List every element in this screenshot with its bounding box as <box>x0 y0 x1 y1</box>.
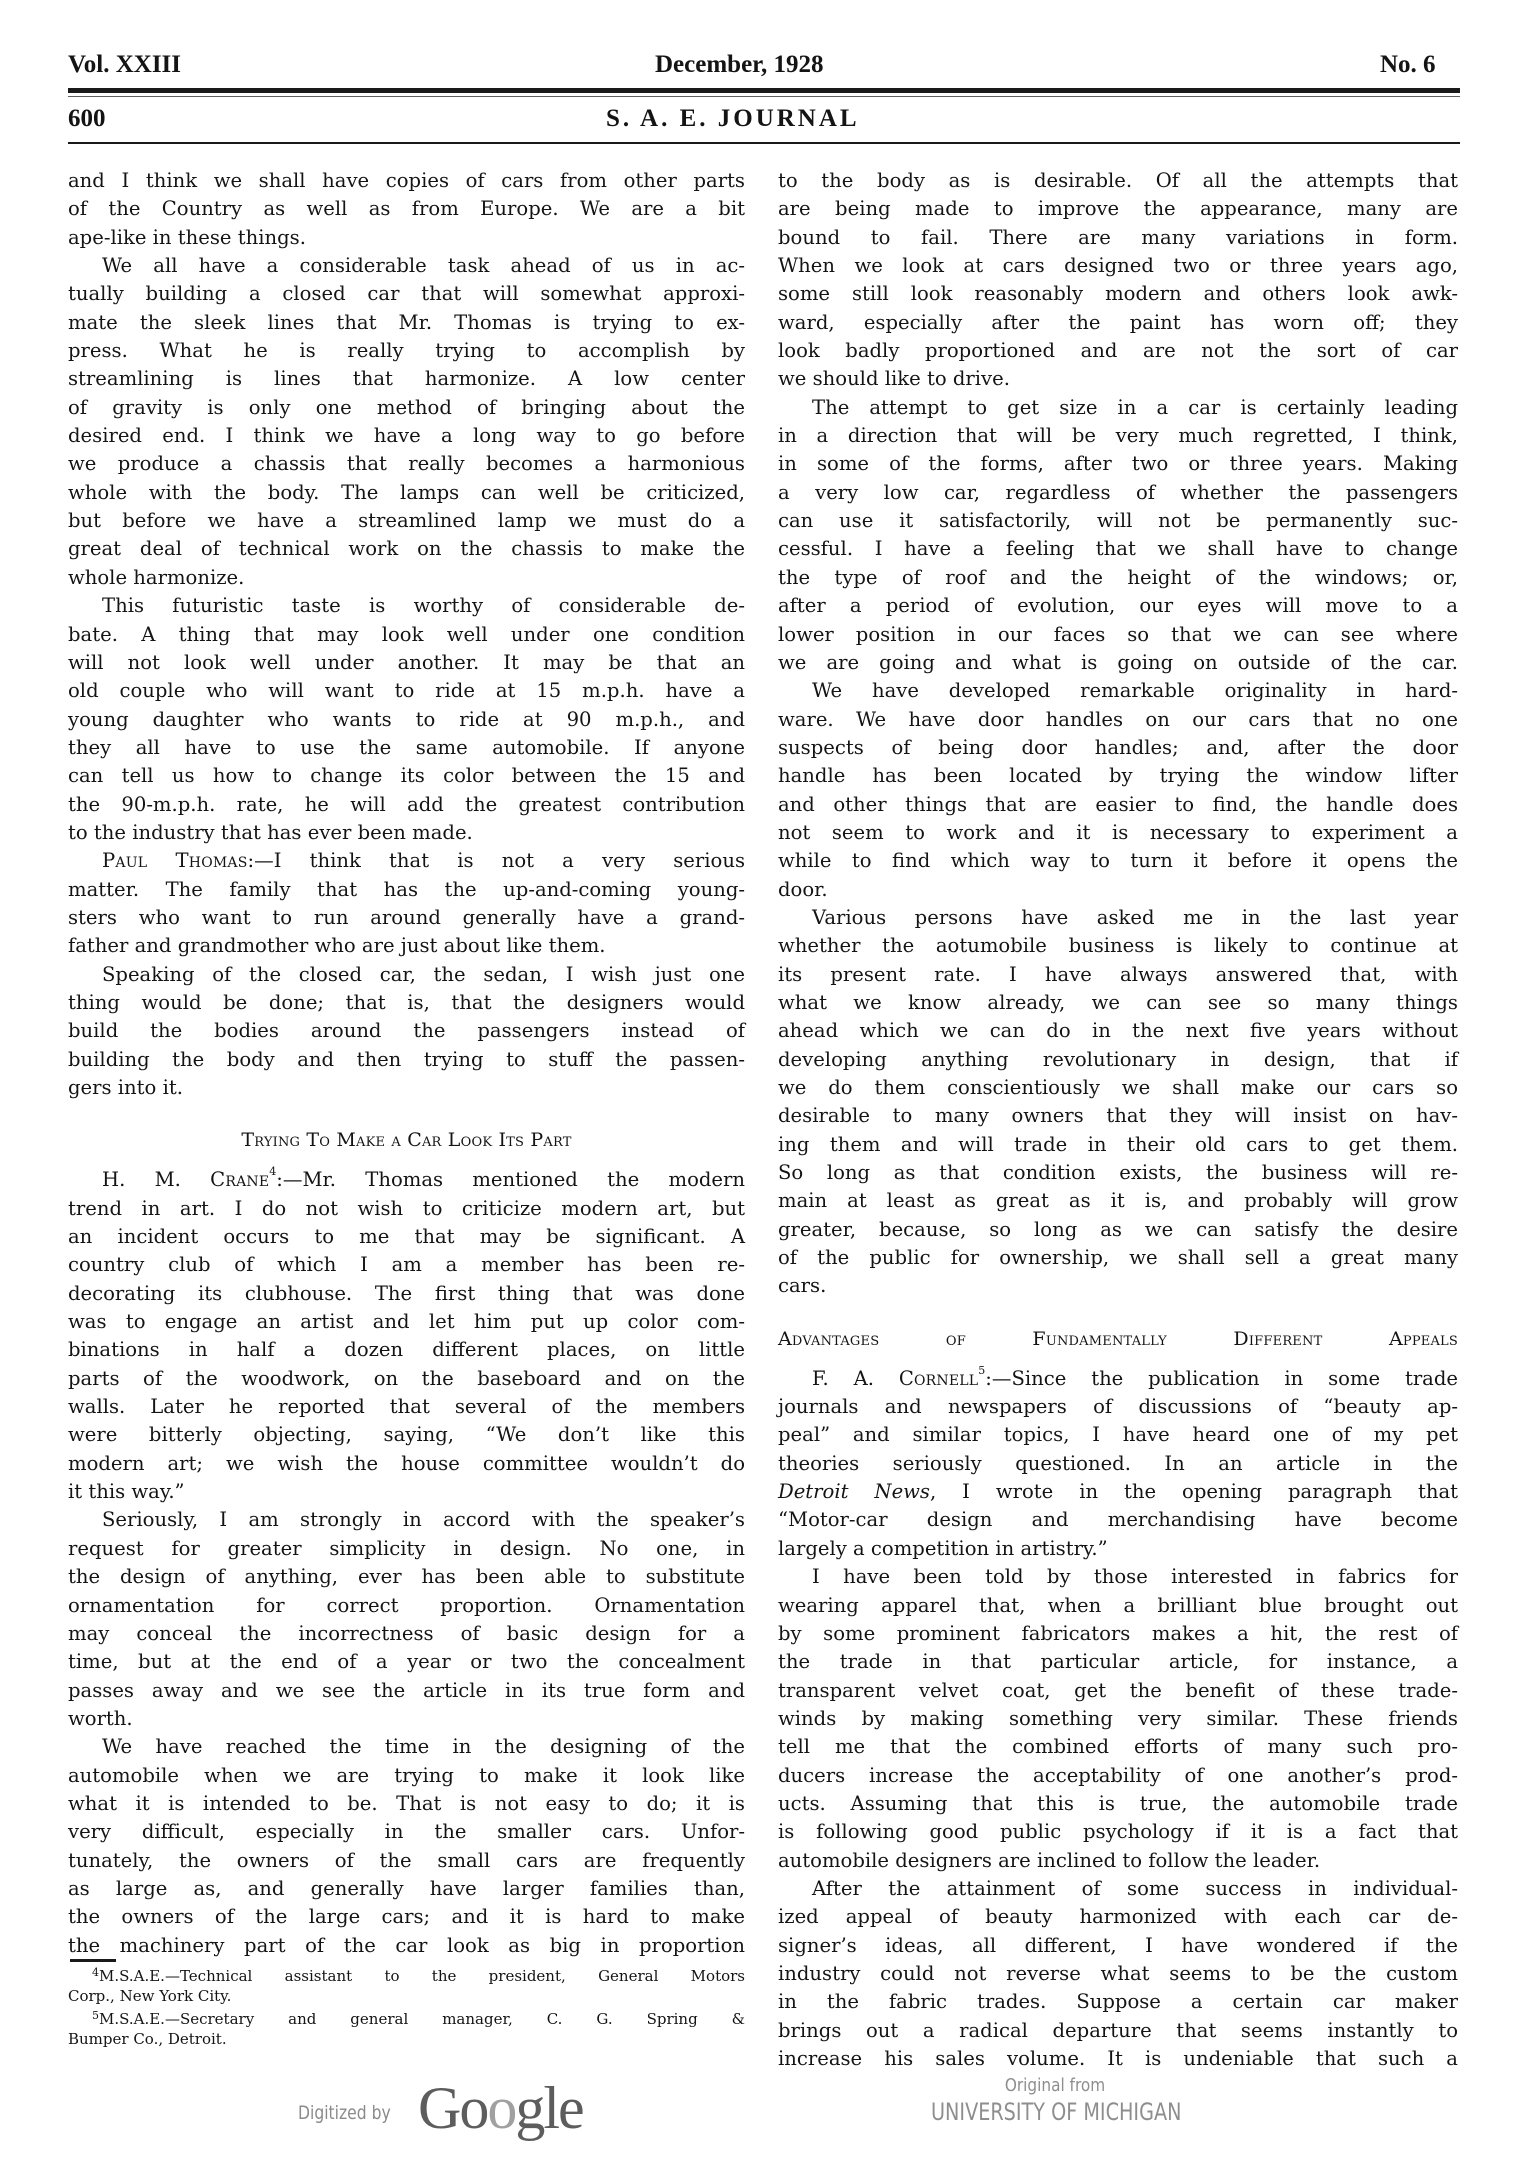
text-line: will not look well under another. It may… <box>68 649 745 677</box>
text-line: largely a competition in artistry.” <box>778 1535 1458 1563</box>
text-line: whole harmonize. <box>68 564 745 592</box>
text-line: and other things that are easier to find… <box>778 791 1458 819</box>
text-line: Detroit News, I wrote in the opening par… <box>778 1478 1458 1506</box>
paragraph: Various persons have asked me in the las… <box>778 904 1458 1301</box>
volume-label: Vol. XXIII <box>68 50 181 80</box>
text-line: of the public for ownership, we shall se… <box>778 1244 1458 1272</box>
text-line: industry could not reverse what seems to… <box>778 1960 1458 1988</box>
paragraph: This futuristic taste is worthy of consi… <box>68 592 745 847</box>
text-line: not seem to work and it is necessary to … <box>778 819 1458 847</box>
text-line: automobile designers are inclined to fol… <box>778 1847 1458 1875</box>
text-line: whether the aotumobile business is likel… <box>778 932 1458 960</box>
text-line: We have reached the time in the designin… <box>68 1733 745 1761</box>
text-line: while to find which way to turn it befor… <box>778 847 1458 875</box>
text-line: gers into it. <box>68 1074 745 1102</box>
text-line: what we know already, we can see so many… <box>778 989 1458 1017</box>
speaker-name: Paul Thomas <box>102 849 248 872</box>
text-line: the trade in that particular article, fo… <box>778 1648 1458 1676</box>
paragraph-paul-thomas: Paul Thomas:—I think that is not a very … <box>68 847 745 960</box>
original-from-watermark: Original from UNIVERSITY OF MICHIGAN <box>900 2075 1210 2127</box>
text-line: main at least as great as it is, and pro… <box>778 1187 1458 1215</box>
paragraph: Speaking of the closed car, the sedan, I… <box>68 961 745 1103</box>
text-line: a very low car, regardless of whether th… <box>778 479 1458 507</box>
paragraph: We all have a considerable task ahead of… <box>68 252 745 592</box>
text-line: signer’s ideas, all different, I have wo… <box>778 1932 1458 1960</box>
text-line: “Motor-car design and merchandising have… <box>778 1506 1458 1534</box>
text-line: is following good public psychology if i… <box>778 1818 1458 1846</box>
text-line: as large as, and generally have larger f… <box>68 1875 745 1903</box>
text-line: increase his sales volume. It is undenia… <box>778 2045 1458 2073</box>
text-line: F. A. Cornell5:—Since the publication in… <box>778 1365 1458 1393</box>
text-line: ornamentation for correct proportion. Or… <box>68 1592 745 1620</box>
speaker-name: Crane <box>210 1168 269 1191</box>
text-line: mate the sleek lines that Mr. Thomas is … <box>68 309 745 337</box>
text-line: it this way.” <box>68 1478 745 1506</box>
text-line: in a direction that will be very much re… <box>778 422 1458 450</box>
text-line: of the Country as well as from Europe. W… <box>68 195 745 223</box>
text-line: So long as that condition exists, the bu… <box>778 1159 1458 1187</box>
text-line: I have been told by those interested in … <box>778 1563 1458 1591</box>
paragraph-crane: H. M. Crane4:—Mr. Thomas mentioned the m… <box>68 1166 745 1506</box>
text-line: desirable to many owners that they will … <box>778 1102 1458 1130</box>
publication-title: Detroit News <box>778 1480 930 1503</box>
text-line: we produce a chassis that really becomes… <box>68 450 745 478</box>
text-line: developing anything revolutionary in des… <box>778 1046 1458 1074</box>
page-number: 600 <box>68 104 106 134</box>
text-line: winds by making something very similar. … <box>778 1705 1458 1733</box>
text-line: ward, especially after the paint has wor… <box>778 309 1458 337</box>
text-line: parts of the woodwork, on the baseboard … <box>68 1365 745 1393</box>
text-line: handle has been located by trying the wi… <box>778 762 1458 790</box>
text-line: thing would be done; that is, that the d… <box>68 989 745 1017</box>
text-line: cessful. I have a feeling that we shall … <box>778 535 1458 563</box>
text-line: the machinery part of the car look as bi… <box>68 1932 745 1960</box>
text-line: we do them conscientiously we shall make… <box>778 1074 1458 1102</box>
paragraph: to the body as is desirable. Of all the … <box>778 167 1458 394</box>
text-line: were bitterly objecting, saying, “We don… <box>68 1421 745 1449</box>
text-line: theories seriously questioned. In an art… <box>778 1450 1458 1478</box>
section-heading: Trying To Make a Car Look Its Part <box>68 1120 745 1160</box>
text-line: whole with the body. The lamps can well … <box>68 479 745 507</box>
text-line: time, but at the end of a year or two th… <box>68 1648 745 1676</box>
text-line: very difficult, especially in the smalle… <box>68 1818 745 1846</box>
text-line: young daughter who wants to ride at 90 m… <box>68 706 745 734</box>
text-line: ucts. Assuming that this is true, the au… <box>778 1790 1458 1818</box>
original-from-label: Original from <box>923 2075 1187 2097</box>
text-line: 5M.S.A.E.—Secretary and general manager,… <box>68 2010 745 2030</box>
text-line: old couple who will want to ride at 15 m… <box>68 677 745 705</box>
digitized-by-google-watermark: Digitized by Google <box>298 2068 583 2138</box>
text-line: peal” and similar topics, I have heard o… <box>778 1421 1458 1449</box>
text-line: ducers increase the acceptability of one… <box>778 1762 1458 1790</box>
text-line: can use it satisfactorily, will not be p… <box>778 507 1458 535</box>
text-line: may conceal the incorrectness of basic d… <box>68 1620 745 1648</box>
text-line: When we look at cars designed two or thr… <box>778 252 1458 280</box>
text-line: worth. <box>68 1705 745 1733</box>
issue-number: No. 6 <box>1380 50 1436 80</box>
institution-name: UNIVERSITY OF MICHIGAN <box>931 2097 1179 2127</box>
paragraph: We have developed remarkable originality… <box>778 677 1458 904</box>
text-line: bate. A thing that may look well under o… <box>68 621 745 649</box>
footnote-marker: 5 <box>92 2009 99 2022</box>
text-line: We have developed remarkable originality… <box>778 677 1458 705</box>
text-line: what it is intended to be. That is not e… <box>68 1790 745 1818</box>
text-line: the 90-m.p.h. rate, he will add the grea… <box>68 791 745 819</box>
text-line: father and grandmother who are just abou… <box>68 932 745 960</box>
paragraph: The attempt to get size in a car is cert… <box>778 394 1458 677</box>
text-line: press. What he is really trying to accom… <box>68 337 745 365</box>
text-line: Seriously, I am strongly in accord with … <box>68 1506 745 1534</box>
text-line: build the bodies around the passengers i… <box>68 1017 745 1045</box>
paragraph-cornell: F. A. Cornell5:—Since the publication in… <box>778 1365 1458 1563</box>
text-line: but before we have a streamlined lamp we… <box>68 507 745 535</box>
text-line: tunately, the owners of the small cars a… <box>68 1847 745 1875</box>
text-line: wearing apparel that, when a brilliant b… <box>778 1592 1458 1620</box>
footnote-rule <box>70 1959 116 1962</box>
header-thick-rule <box>68 88 1460 93</box>
paragraph: After the attainment of some success in … <box>778 1875 1458 2073</box>
text-line: to the body as is desirable. Of all the … <box>778 167 1458 195</box>
text-line: lower position in our faces so that we c… <box>778 621 1458 649</box>
text-line: look badly proportioned and are not the … <box>778 337 1458 365</box>
issue-date: December, 1928 <box>655 50 823 80</box>
text-line: matter. The family that has the up-and-c… <box>68 876 745 904</box>
left-column: and I think we shall have copies of cars… <box>68 167 745 1960</box>
text-line: can tell us how to change its color betw… <box>68 762 745 790</box>
speaker-name: Cornell <box>899 1367 978 1390</box>
text-line: Corp., New York City. <box>68 1987 745 2007</box>
footnote-5: 5M.S.A.E.—Secretary and general manager,… <box>68 2010 745 2049</box>
text-line: cars. <box>778 1272 1458 1300</box>
text-line: After the attainment of some success in … <box>778 1875 1458 1903</box>
text-line: suspects of being door handles; and, aft… <box>778 734 1458 762</box>
header-thin-rule <box>68 96 1460 97</box>
text-line: sters who want to run around generally h… <box>68 904 745 932</box>
text-line: are being made to improve the appearance… <box>778 195 1458 223</box>
text-line: ware. We have door handles on our cars t… <box>778 706 1458 734</box>
text-line: door. <box>778 876 1458 904</box>
text-line: in some of the forms, after two or three… <box>778 450 1458 478</box>
header-bottom-rule <box>68 142 1460 144</box>
text-line: This futuristic taste is worthy of consi… <box>68 592 745 620</box>
footnotes: 4M.S.A.E.—Technical assistant to the pre… <box>68 1967 745 2049</box>
footnote-4: 4M.S.A.E.—Technical assistant to the pre… <box>68 1967 745 2006</box>
text-line: trend in art. I do not wish to criticize… <box>68 1195 745 1223</box>
text-line: request for greater simplicity in design… <box>68 1535 745 1563</box>
paragraph: I have been told by those interested in … <box>778 1563 1458 1875</box>
text-line: they all have to use the same automobile… <box>68 734 745 762</box>
text-line: tually building a closed car that will s… <box>68 280 745 308</box>
text-line: we are going and what is going on outsid… <box>778 649 1458 677</box>
text-line: ape-like in these things. <box>68 224 745 252</box>
text-line: Bumper Co., Detroit. <box>68 2030 745 2050</box>
text-line: was to engage an artist and let him put … <box>68 1308 745 1336</box>
text-line: desired end. I think we have a long way … <box>68 422 745 450</box>
text-line: we should like to drive. <box>778 365 1458 393</box>
text-line: The attempt to get size in a car is cert… <box>778 394 1458 422</box>
paragraph: We have reached the time in the designin… <box>68 1733 745 1960</box>
text-line: automobile when we are trying to make it… <box>68 1762 745 1790</box>
text-line: We all have a considerable task ahead of… <box>68 252 745 280</box>
paragraph: Seriously, I am strongly in accord with … <box>68 1506 745 1733</box>
text-line: H. M. Crane4:—Mr. Thomas mentioned the m… <box>68 1166 745 1194</box>
text-line: of gravity is only one method of bringin… <box>68 394 745 422</box>
paragraph: and I think we shall have copies of cars… <box>68 167 745 252</box>
text-line: walls. Later he reported that several of… <box>68 1393 745 1421</box>
text-line: after a period of evolution, our eyes wi… <box>778 592 1458 620</box>
text-line: the owners of the large cars; and it is … <box>68 1903 745 1931</box>
right-column: to the body as is desirable. Of all the … <box>778 167 1458 2073</box>
text-line: Speaking of the closed car, the sedan, I… <box>68 961 745 989</box>
text-line: ized appeal of beauty harmonized with ea… <box>778 1903 1458 1931</box>
text-line: some still look reasonably modern and ot… <box>778 280 1458 308</box>
text-line: streamlining is lines that harmonize. A … <box>68 365 745 393</box>
text-line: bound to fail. There are many variations… <box>778 224 1458 252</box>
text-line: modern art; we wish the house committee … <box>68 1450 745 1478</box>
text-line: building the body and then trying to stu… <box>68 1046 745 1074</box>
google-logo: Google <box>418 2078 583 2138</box>
text-line: ing them and will trade in their old car… <box>778 1131 1458 1159</box>
journal-title: S. A. E. JOURNAL <box>606 104 860 134</box>
text-line: and I think we shall have copies of cars… <box>68 167 745 195</box>
text-line: the design of anything, ever has been ab… <box>68 1563 745 1591</box>
section-heading: Advantages of Fundamentally Different Ap… <box>778 1319 1458 1359</box>
text-line: an incident occurs to me that may be sig… <box>68 1223 745 1251</box>
text-line: Various persons have asked me in the las… <box>778 904 1458 932</box>
text-line: transparent velvet coat, get the benefit… <box>778 1677 1458 1705</box>
text-line: by some prominent fabricators makes a hi… <box>778 1620 1458 1648</box>
digitized-by-label: Digitized by <box>298 2102 396 2124</box>
text-line: binations in half a dozen different plac… <box>68 1336 745 1364</box>
text-line: decorating its clubhouse. The first thin… <box>68 1280 745 1308</box>
text-line: passes away and we see the article in it… <box>68 1677 745 1705</box>
text-line: the type of roof and the height of the w… <box>778 564 1458 592</box>
text-line: its present rate. I have always answered… <box>778 961 1458 989</box>
text-line: journals and newspapers of discussions o… <box>778 1393 1458 1421</box>
text-line: brings out a radical departure that seem… <box>778 2017 1458 2045</box>
text-line: greater, because, so long as we can sati… <box>778 1216 1458 1244</box>
text-line: Paul Thomas:—I think that is not a very … <box>68 847 745 875</box>
text-line: great deal of technical work on the chas… <box>68 535 745 563</box>
text-line: to the industry that has ever been made. <box>68 819 745 847</box>
footnote-marker: 4 <box>92 1966 99 1979</box>
text-line: tell me that the combined efforts of man… <box>778 1733 1458 1761</box>
text-line: ahead which we can do in the next five y… <box>778 1017 1458 1045</box>
text-line: country club of which I am a member has … <box>68 1251 745 1279</box>
text-line: 4M.S.A.E.—Technical assistant to the pre… <box>68 1967 745 1987</box>
text-line: in the fabric trades. Suppose a certain … <box>778 1988 1458 2016</box>
